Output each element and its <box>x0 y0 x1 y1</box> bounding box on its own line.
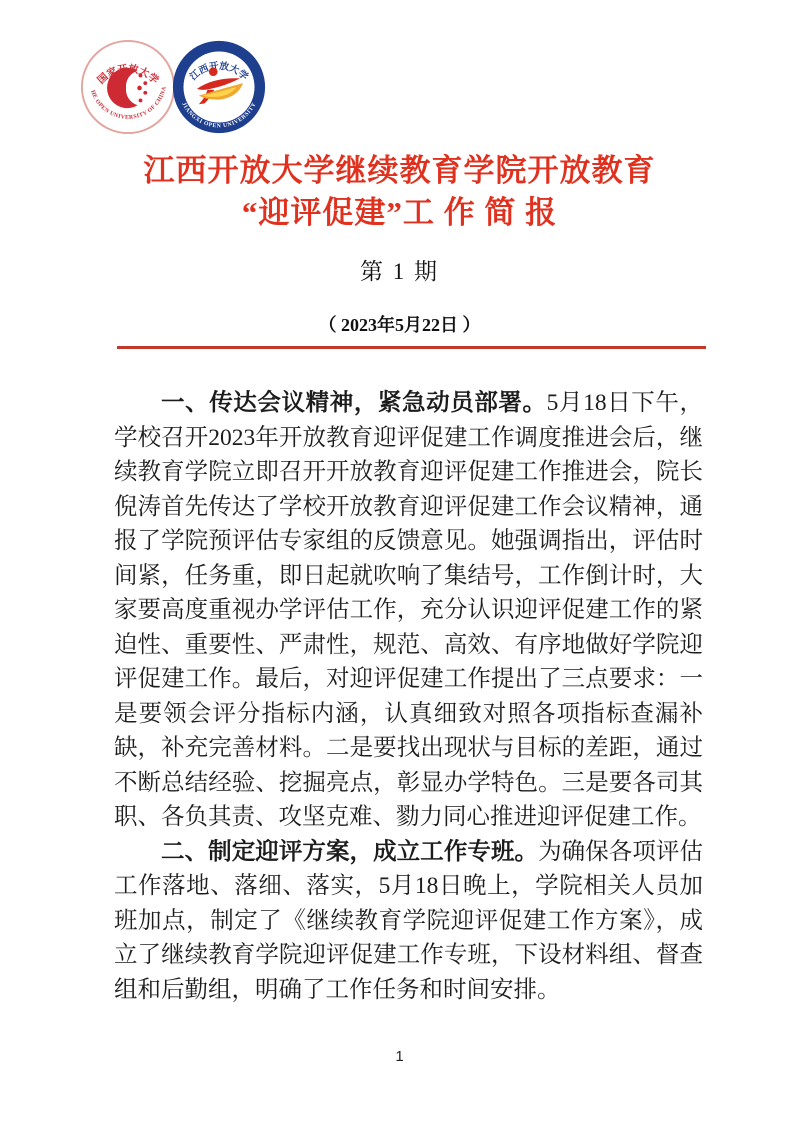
paragraph-2-heading: 二、制定迎评方案，成立工作专班。 <box>161 839 538 865</box>
ouc-logo-icon: 国家开放大学 THE OPEN UNIVERSITY OF CHINA <box>80 38 176 136</box>
header-logos: 国家开放大学 THE OPEN UNIVERSITY OF CHINA 江西 <box>80 38 267 136</box>
masthead-divider-rule <box>117 346 706 349</box>
page-number: 1 <box>0 1048 799 1065</box>
paragraph-1: 一、传达会议精神，紧急动员部署。5月18日下午，学校召开2023年开放教育迎评促… <box>114 386 703 835</box>
issue-date: （ 2023年5月22日 ） <box>0 311 799 337</box>
doc-title-line2: “迎评促建”工 作 简 报 <box>0 192 799 234</box>
jxou-logo-icon: 江西开放大学 JIANGXI OPEN UNIVERSITY <box>171 38 267 136</box>
doc-title-line1: 江西开放大学继续教育学院开放教育 <box>0 150 799 192</box>
document-body: 一、传达会议精神，紧急动员部署。5月18日下午，学校召开2023年开放教育迎评促… <box>114 386 703 1007</box>
paragraph-1-text: 5月18日下午，学校召开2023年开放教育迎评促建工作调度推进会后，继续教育学院… <box>114 390 703 830</box>
issue-number: 第 1 期 <box>0 253 799 286</box>
paragraph-1-heading: 一、传达会议精神，紧急动员部署。 <box>161 390 547 416</box>
paragraph-2: 二、制定迎评方案，成立工作专班。为确保各项评估工作落地、落细、落实，5月18日晚… <box>114 835 703 1008</box>
document-page: 国家开放大学 THE OPEN UNIVERSITY OF CHINA 江西 <box>0 0 799 1130</box>
